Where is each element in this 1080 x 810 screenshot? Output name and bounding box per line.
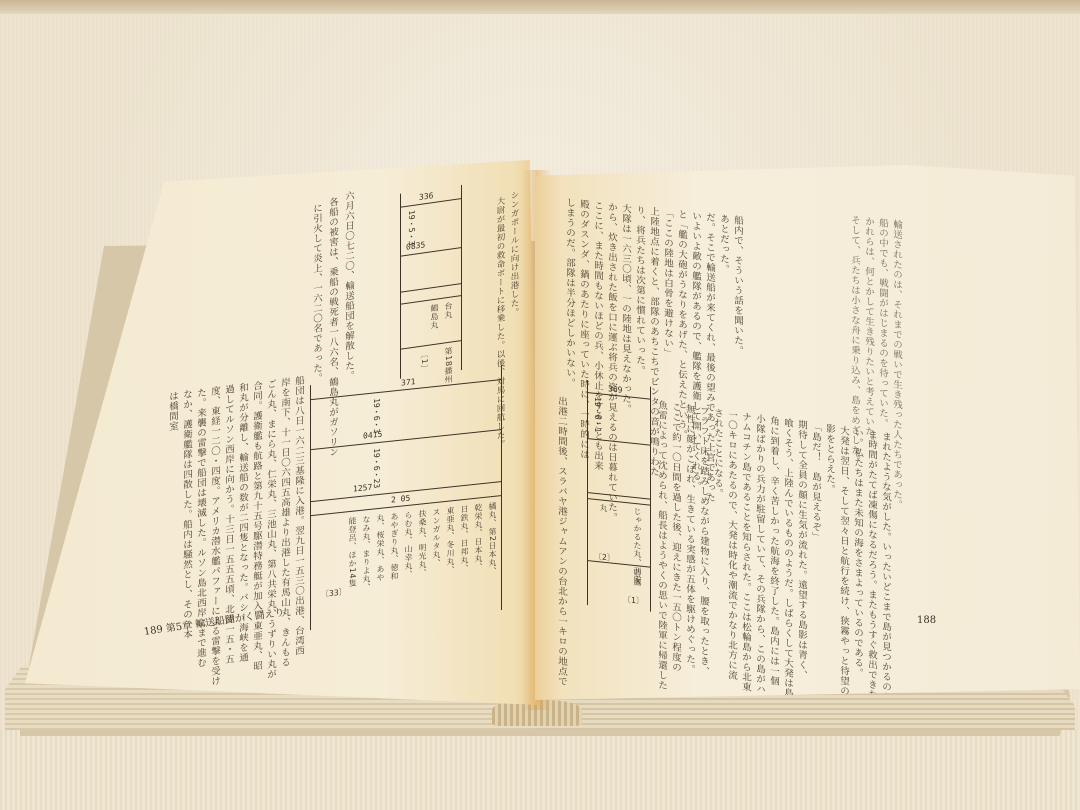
text-line: 喰くそう、上陸んでいるもののようだ。しばらくして大発は島の	[781, 417, 794, 700]
text-line: り、将兵たちは次第に慣れていった。	[633, 204, 646, 375]
towel-foreground	[0, 730, 1080, 810]
table-cell: 〔1〕	[418, 349, 431, 373]
text-line: 魚雷によって沈められ、船長はようやくの思いで陸軍に帰還した	[655, 399, 668, 691]
ship-line: あやぎり丸、徳和	[388, 512, 401, 581]
photo-scene: 六月六日〇七二〇、輸送船団を解散した。 各船の被害は、乗船の戦死者一八六名、鶴島…	[0, 0, 1080, 810]
left-lower-convoy-table: 371 19・6・3 0415 19・6・23 1257 2 05 橘丸、第2日…	[310, 365, 502, 630]
text-line: 出港二時間後、スラバヤ港ジャムアンの台北から一キロの地点で	[555, 395, 568, 687]
text-line: しまうのだ。部隊は半分ほどしかいない。	[563, 197, 576, 388]
text-line: 六月六日〇七二〇、輸送船団を解散した。	[342, 190, 355, 382]
ship-line: スンガルタ丸、	[430, 507, 443, 568]
text-line: シンガポールに向け出港した。	[507, 190, 520, 318]
departure-date: 19・6・3	[371, 398, 382, 434]
text-line: 無性に顔がこぼれ、生きている実感が五体を駆けめぐった。	[683, 403, 696, 675]
text-line: 船の中でも、戦闘がはじまるのを待っていた。	[876, 217, 889, 428]
text-line: 小隊ばかりの兵力が駐留していて、その兵隊から、この島がハ	[753, 413, 766, 695]
text-line: 「ここの陸地は白骨を避けない」	[661, 207, 674, 358]
text-line: ま時間がたてば凍傷になるだろう。またもうすぐ救出できな	[865, 429, 878, 700]
convoy-number: 336	[419, 191, 433, 202]
left-upper-convoy-table: 336 19・5・3 0835 台丸 鶴島丸 第18播州 〔1〕	[400, 185, 462, 379]
text-line: ごん丸、まにら丸、仁栄丸、三池山丸、第八共栄丸、うずりい丸が	[264, 378, 277, 680]
table-cell: 鶴島丸	[428, 303, 441, 330]
departure-time: 0415	[363, 430, 382, 441]
text-line: ここで約一〇日間を過した後、迎えにきた一五〇トン程度の	[669, 401, 682, 673]
ship-line: 扶桑丸、明光丸、	[416, 509, 429, 578]
text-line: 大発は翌日、そして翌々日と航行を続け、狭霧やっと待望の島	[837, 425, 850, 700]
ship-line: 乾栄丸、日本丸、	[472, 503, 485, 572]
right-lower-text: 出港二時間後、スラバヤ港ジャムアンの台北から一キロの地点で 魚雷によって沈められ…	[555, 385, 935, 678]
ship-line: 東亜丸、冬川丸、	[444, 506, 457, 575]
ship-line: らむ丸、山幸丸、	[402, 510, 415, 579]
right-page: 船内で、そういう話を聞いた。 あとだった。 だ。そこで輸送船が来てくれ、最後の望…	[535, 165, 1080, 700]
text-line: されたことになる。	[711, 407, 724, 499]
text-line: い。私たちはまた未知の海をさまよっているのである。	[851, 427, 864, 679]
text-line: 度、東経一二〇・四度。アメリカ潜水艦パファーによる雷撃を受け	[208, 385, 221, 687]
ship-line: 能登呂、ほか14隻	[346, 516, 359, 588]
right-upper-blurred-text: 輸送されたのは、それまでの戦いで生き残った人たちであった。 船の中でも、戦闘がは…	[760, 205, 910, 381]
text-line: まれたような気がした。いったいどこまで島が見つかるのか。このま	[879, 431, 892, 700]
text-line: 影をとらえた。	[823, 423, 836, 495]
arrival-date: 19・6・23	[371, 448, 382, 489]
left-upper-text: 六月六日〇七二〇、輸送船団を解散した。 各船の被害は、乗船の戦死者一八六名、鶴島…	[280, 190, 355, 351]
text-line: 岸を南下、十一日〇六四五高雄より出港した有馬山丸、きんもる	[278, 377, 291, 669]
convoy-time: 0835	[406, 240, 425, 252]
background-edge	[0, 0, 1080, 14]
text-line: あとだった。	[717, 213, 730, 274]
text-line: 「島だ！ 島が見えるぞ」	[809, 421, 822, 543]
text-line: 船内で、そういう話を聞いた。	[731, 215, 744, 356]
text-line: に引火して炎上、一六二〇名であった。	[310, 202, 323, 384]
text-line: 合同。護衛艦も航路と第九十五号駆潜特務艇が加入、東亜丸、昭	[250, 380, 263, 672]
right-upper-text: 船内で、そういう話を聞いた。 あとだった。 だ。そこで輸送船が来てくれ、最後の望…	[545, 195, 745, 386]
text-line: ブラフト床を踏みしめながら建物に入り、腰を取ったとき、	[697, 405, 710, 677]
arrival-time: 1257	[353, 483, 372, 494]
convoy-number: 371	[401, 377, 415, 388]
text-line: 一〇キロにあたるので、大発は時化や潮流でかなり北方に流	[725, 409, 738, 681]
ship-count: 〔33〕	[321, 586, 347, 600]
text-line: 期待して全員の顔に生気が流れた。遠望する島影は青く、	[795, 419, 808, 681]
text-line: 大隊は一六三〇頃、一の陸地は見えなかった。	[619, 203, 632, 414]
text-line: 船団は八日一六二三基隆に入港。翌九日一五三〇出港、台湾西	[292, 375, 305, 657]
ship-line: なみ丸、まりよ丸、	[360, 515, 373, 593]
table-cell: 台丸	[442, 301, 455, 320]
text-line: 角に到着し、辛く苦しかった航海を終了した。島内には一個	[767, 415, 780, 687]
page-number: 188	[917, 615, 936, 626]
left-top-right-text: シンガポールに向け出港した。 大尉が最初の救命ボートに移乗した。以後、対馬に回航…	[470, 190, 520, 367]
table-time: 2 05	[391, 494, 410, 505]
ship-line: 日鉄丸、日邦丸、	[458, 504, 471, 573]
ship-line: 丸、桜栄丸、あや	[374, 513, 387, 582]
text-line: ナムコチン島であることを知らされた。ここは松輪島から北東	[739, 411, 752, 693]
text-line: かれらは、何とかして生き残りたいと考えていた。	[862, 216, 875, 447]
text-line: は橋間室	[166, 390, 179, 432]
text-line: なか、護衛艦隊は四散した。船内は騒然とし、その一本	[180, 389, 193, 641]
ship-line: 橘丸、第2日本丸、	[485, 501, 499, 576]
